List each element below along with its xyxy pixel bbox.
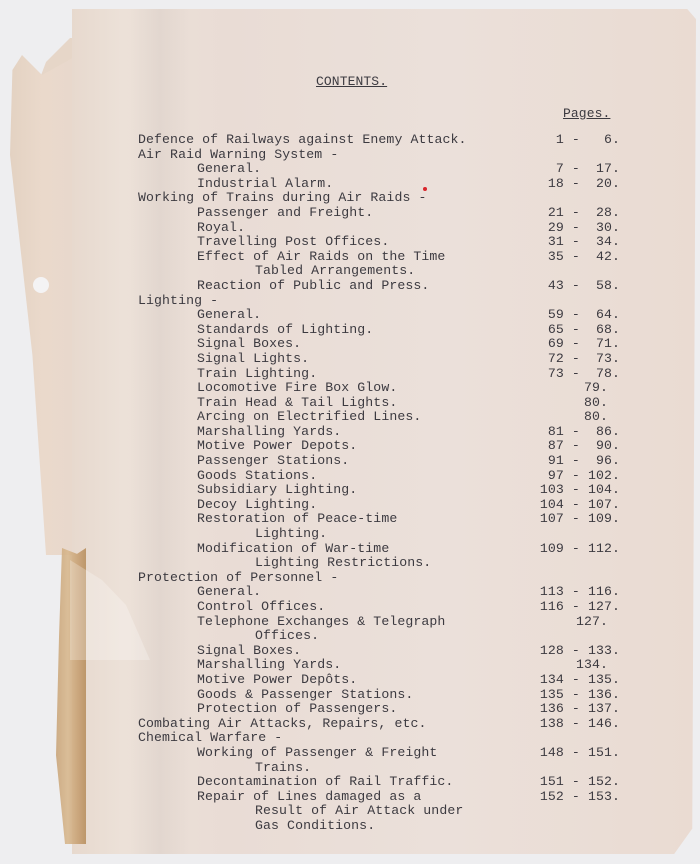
toc-entry-pages: 7 - 17.: [556, 162, 620, 177]
toc-entry: Protection of Passengers.136 - 137.: [0, 702, 700, 717]
toc-entry-pages: 128 - 133.: [540, 644, 620, 659]
toc-entry-label: Signal Boxes.: [197, 337, 301, 352]
toc-entry-label: Combating Air Attacks, Repairs, etc.: [138, 717, 427, 732]
toc-entry-pages: 107 - 109.: [540, 512, 620, 527]
toc-entry-pages: 135 - 136.: [540, 688, 620, 703]
toc-entry-label: Industrial Alarm.: [197, 177, 333, 192]
toc-entry-label: Restoration of Peace-time: [197, 512, 397, 527]
toc-entry-label: Result of Air Attack under: [255, 804, 463, 819]
toc-entry-label: General.: [197, 308, 261, 323]
toc-entry-label: Working of Passenger & Freight: [197, 746, 437, 761]
toc-entry-pages: 31 - 34.: [548, 235, 620, 250]
toc-entry-label: Air Raid Warning System -: [138, 148, 338, 163]
toc-entry-label: Goods Stations.: [197, 469, 317, 484]
toc-entry-pages: 127.: [576, 615, 608, 630]
toc-entry-pages: 69 - 71.: [548, 337, 620, 352]
toc-entry-pages: 73 - 78.: [548, 367, 620, 382]
toc-entry-pages: 134.: [576, 658, 608, 673]
toc-entry: Lighting -: [0, 294, 700, 309]
toc-entry-label: Modification of War-time: [197, 542, 389, 557]
toc-entry-pages: 109 - 112.: [540, 542, 620, 557]
toc-entry-label: General.: [197, 162, 261, 177]
toc-entry: Motive Power Depôts.134 - 135.: [0, 673, 700, 688]
toc-entry-pages: 1 - 6.: [556, 133, 620, 148]
toc-entry-label: Subsidiary Lighting.: [197, 483, 357, 498]
toc-entry: Passenger and Freight.21 - 28.: [0, 206, 700, 221]
toc-entry-label: Signal Lights.: [197, 352, 309, 367]
toc-entry-pages: 79.: [584, 381, 608, 396]
toc-entry-pages: 113 - 116.: [540, 585, 620, 600]
toc-entry: Combating Air Attacks, Repairs, etc.138 …: [0, 717, 700, 732]
toc-entry-pages: 97 - 102.: [548, 469, 620, 484]
table-of-contents: Defence of Railways against Enemy Attack…: [0, 133, 700, 834]
toc-entry: General.59 - 64.: [0, 308, 700, 323]
toc-entry-pages: 80.: [584, 410, 608, 425]
contents-document: CONTENTS. Pages. Defence of Railways aga…: [0, 0, 700, 864]
toc-entry-pages: 80.: [584, 396, 608, 411]
toc-entry: Restoration of Peace-time107 - 109.: [0, 512, 700, 527]
toc-entry: Modification of War-time109 - 112.: [0, 542, 700, 557]
toc-entry-pages: 151 - 152.: [540, 775, 620, 790]
toc-entry-label: Passenger Stations.: [197, 454, 349, 469]
toc-entry-label: Lighting.: [255, 527, 327, 542]
page-title: CONTENTS.: [316, 75, 387, 90]
toc-entry-pages: 136 - 137.: [540, 702, 620, 717]
toc-entry-label: Offices.: [255, 629, 319, 644]
toc-entry: Arcing on Electrified Lines.80.: [0, 410, 700, 425]
toc-entry: Signal Boxes.128 - 133.: [0, 644, 700, 659]
toc-entry: Repair of Lines damaged as a152 - 153.: [0, 790, 700, 805]
toc-entry-label: General.: [197, 585, 261, 600]
toc-entry: Goods & Passenger Stations.135 - 136.: [0, 688, 700, 703]
toc-entry: Locomotive Fire Box Glow.79.: [0, 381, 700, 396]
toc-entry-pages: 138 - 146.: [540, 717, 620, 732]
toc-entry: Tabled Arrangements.: [0, 264, 700, 279]
toc-entry-label: Lighting Restrictions.: [255, 556, 431, 571]
toc-entry: Marshalling Yards.81 - 86.: [0, 425, 700, 440]
toc-entry: Result of Air Attack under: [0, 804, 700, 819]
toc-entry-label: Reaction of Public and Press.: [197, 279, 429, 294]
toc-entry-label: Defence of Railways against Enemy Attack…: [138, 133, 467, 148]
toc-entry-label: Arcing on Electrified Lines.: [197, 410, 421, 425]
toc-entry-pages: 21 - 28.: [548, 206, 620, 221]
toc-entry-pages: 134 - 135.: [540, 673, 620, 688]
toc-entry-label: Travelling Post Offices.: [197, 235, 389, 250]
toc-entry-label: Train Lighting.: [197, 367, 317, 382]
toc-entry-label: Motive Power Depôts.: [197, 673, 357, 688]
toc-entry-pages: 103 - 104.: [540, 483, 620, 498]
toc-entry-label: Marshalling Yards.: [197, 425, 341, 440]
toc-entry-label: Repair of Lines damaged as a: [197, 790, 421, 805]
toc-entry-label: Control Offices.: [197, 600, 325, 615]
toc-entry: Air Raid Warning System -: [0, 148, 700, 163]
toc-entry-pages: 43 - 58.: [548, 279, 620, 294]
toc-entry-pages: 35 - 42.: [548, 250, 620, 265]
toc-entry-label: Marshalling Yards.: [197, 658, 341, 673]
toc-entry-label: Telephone Exchanges & Telegraph: [197, 615, 445, 630]
toc-entry-label: Train Head & Tail Lights.: [197, 396, 397, 411]
toc-entry-label: Protection of Passengers.: [197, 702, 397, 717]
toc-entry: Train Lighting.73 - 78.: [0, 367, 700, 382]
toc-entry: Marshalling Yards.134.: [0, 658, 700, 673]
toc-entry-label: Standards of Lighting.: [197, 323, 373, 338]
toc-entry-label: Passenger and Freight.: [197, 206, 373, 221]
toc-entry-pages: 104 - 107.: [540, 498, 620, 513]
toc-entry: Control Offices.116 - 127.: [0, 600, 700, 615]
toc-entry: Working of Trains during Air Raids -: [0, 191, 700, 206]
toc-entry-label: Trains.: [255, 761, 311, 776]
toc-entry-label: Decoy Lighting.: [197, 498, 317, 513]
toc-entry: Working of Passenger & Freight148 - 151.: [0, 746, 700, 761]
toc-entry: Offices.: [0, 629, 700, 644]
toc-entry: Passenger Stations.91 - 96.: [0, 454, 700, 469]
toc-entry-pages: 18 - 20.: [548, 177, 620, 192]
toc-entry-label: Locomotive Fire Box Glow.: [197, 381, 397, 396]
toc-entry: Motive Power Depots.87 - 90.: [0, 439, 700, 454]
toc-entry-label: Motive Power Depots.: [197, 439, 357, 454]
toc-entry: Lighting.: [0, 527, 700, 542]
toc-entry-label: Effect of Air Raids on the Time: [197, 250, 445, 265]
pages-column-header: Pages.: [563, 107, 610, 122]
toc-entry: Defence of Railways against Enemy Attack…: [0, 133, 700, 148]
toc-entry: Standards of Lighting.65 - 68.: [0, 323, 700, 338]
toc-entry-pages: 91 - 96.: [548, 454, 620, 469]
toc-entry-pages: 29 - 30.: [548, 221, 620, 236]
toc-entry-pages: 72 - 73.: [548, 352, 620, 367]
toc-entry-label: Goods & Passenger Stations.: [197, 688, 413, 703]
toc-entry-label: Working of Trains during Air Raids -: [138, 191, 427, 206]
toc-entry-label: Lighting -: [138, 294, 218, 309]
toc-entry: Decoy Lighting.104 - 107.: [0, 498, 700, 513]
toc-entry: Protection of Personnel -: [0, 571, 700, 586]
toc-entry: Decontamination of Rail Traffic.151 - 15…: [0, 775, 700, 790]
toc-entry-pages: 59 - 64.: [548, 308, 620, 323]
toc-entry-pages: 87 - 90.: [548, 439, 620, 454]
toc-entry: Lighting Restrictions.: [0, 556, 700, 571]
toc-entry: Goods Stations.97 - 102.: [0, 469, 700, 484]
toc-entry-pages: 65 - 68.: [548, 323, 620, 338]
toc-entry-label: Chemical Warfare -: [138, 731, 282, 746]
toc-entry-label: Protection of Personnel -: [138, 571, 338, 586]
toc-entry: Signal Boxes.69 - 71.: [0, 337, 700, 352]
toc-entry: General.113 - 116.: [0, 585, 700, 600]
toc-entry-label: Decontamination of Rail Traffic.: [197, 775, 453, 790]
toc-entry-pages: 81 - 86.: [548, 425, 620, 440]
toc-entry: Telephone Exchanges & Telegraph127.: [0, 615, 700, 630]
toc-entry-pages: 116 - 127.: [540, 600, 620, 615]
toc-entry: Travelling Post Offices.31 - 34.: [0, 235, 700, 250]
toc-entry: Reaction of Public and Press.43 - 58.: [0, 279, 700, 294]
toc-entry-pages: 152 - 153.: [540, 790, 620, 805]
toc-entry: Royal.29 - 30.: [0, 221, 700, 236]
toc-entry-label: Signal Boxes.: [197, 644, 301, 659]
toc-entry-label: Royal.: [197, 221, 245, 236]
toc-entry: General.7 - 17.: [0, 162, 700, 177]
toc-entry: Train Head & Tail Lights.80.: [0, 396, 700, 411]
toc-entry: Signal Lights.72 - 73.: [0, 352, 700, 367]
toc-entry: Gas Conditions.: [0, 819, 700, 834]
toc-entry: Trains.: [0, 761, 700, 776]
toc-entry-pages: 148 - 151.: [540, 746, 620, 761]
toc-entry: Effect of Air Raids on the Time35 - 42.: [0, 250, 700, 265]
toc-entry: Industrial Alarm.18 - 20.: [0, 177, 700, 192]
toc-entry-label: Gas Conditions.: [255, 819, 375, 834]
toc-entry-label: Tabled Arrangements.: [255, 264, 415, 279]
toc-entry: Subsidiary Lighting.103 - 104.: [0, 483, 700, 498]
toc-entry: Chemical Warfare -: [0, 731, 700, 746]
